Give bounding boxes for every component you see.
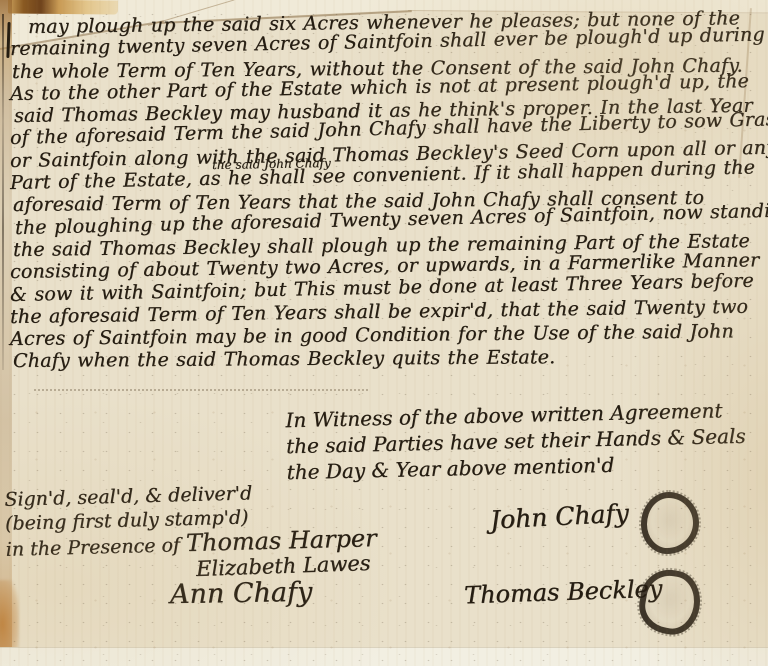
signature-john-chafy: John Chafy (489, 498, 629, 534)
interlinear-insertion: the said John Chafy (212, 156, 331, 172)
witness-clause: In Witness of the above written Agreemen… (285, 397, 746, 485)
signature-thomas-beckley: Thomas Beckley (464, 575, 663, 610)
wax-seal-icon (641, 492, 699, 554)
agreement-body-text: may plough up the said six Acres wheneve… (10, 16, 766, 373)
manuscript-photo: may plough up the said six Acres wheneve… (0, 0, 768, 666)
scan-background-strip (0, 647, 768, 666)
fold-crease-left (2, 14, 4, 370)
attestation-clause: Sign'd, seal'd, & deliver'd (being first… (4, 478, 377, 562)
paper-stain-strip (8, 0, 118, 15)
fold-crease-horizontal (34, 389, 368, 391)
attestation-prefix: in the Presence of (5, 534, 180, 561)
witness-signature: Ann Chafy (170, 577, 313, 610)
manuscript-line: Chafy when the said Thomas Beckley quits… (13, 345, 766, 373)
